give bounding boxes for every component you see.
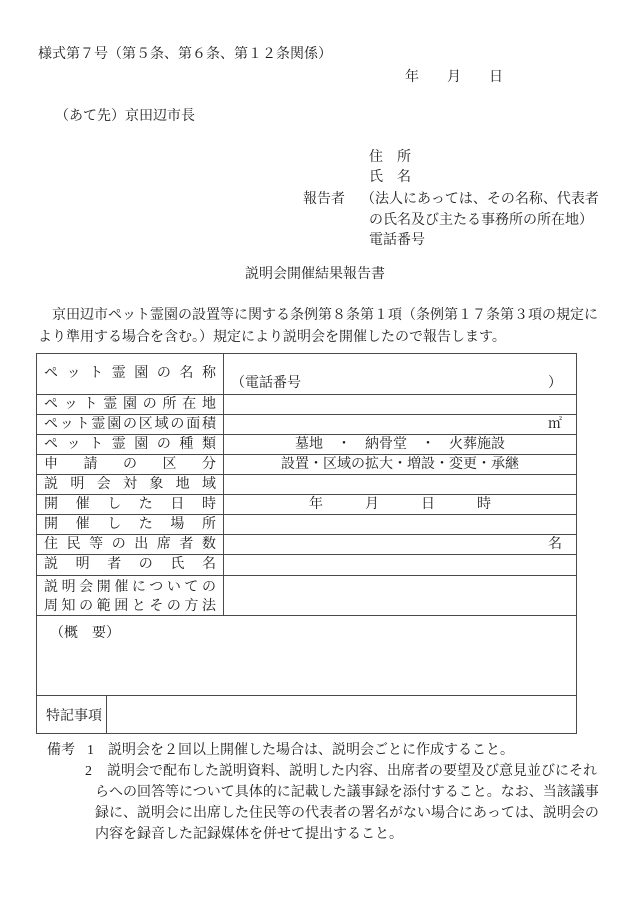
row-category-label: 申請の区分 [37, 455, 224, 474]
table-row-special: 特記事項 [37, 696, 576, 733]
table-row-attendees: 住民等の出席者数 名 [37, 535, 576, 555]
table-row-presenter: 説明者の氏名 [37, 555, 576, 576]
table-row-summary: （概 要） [37, 616, 576, 696]
row-place-value [224, 515, 576, 534]
table-row-target-area: 説明会対象地域 [37, 475, 576, 495]
row-presenter-label: 説明者の氏名 [37, 555, 224, 575]
row-special-label: 特記事項 [37, 696, 107, 733]
phone-number-line: （電話番号 ） [224, 374, 576, 393]
row-name-value: （電話番号 ） [224, 354, 576, 394]
table-row-category: 申請の区分 設置・区域の拡大・増設・変更・承継 [37, 455, 576, 475]
form-document-page: 様式第７号（第５条、第６条、第１２条関係） 年 月 日 （あて先）京田辺市長 住… [0, 0, 630, 903]
reporter-corp-note-line1: （法人にあっては、その名称、代表者 [361, 190, 599, 210]
reporter-address-label: 住 所 [369, 148, 411, 168]
reporter-phone-label: 電話番号 [369, 231, 425, 251]
table-row-location: ペット霊園の所在地 [37, 395, 576, 415]
note-item1-text: 説明会を２回以上開催した場合は、説明会ごとに作成すること。 [108, 740, 514, 761]
intro-paragraph: 京田辺市ペット霊園の設置等に関する条例第８条第１項（条例第１７条第３項の規定によ… [38, 305, 606, 348]
table-row-name: ペット霊園の名称 （電話番号 ） [37, 354, 576, 395]
row-type-label: ペット霊園の種類 [37, 435, 224, 454]
table-row-place: 開催した場所 [37, 515, 576, 535]
table-row-datetime: 開催した日時 年 月 日 時 [37, 495, 576, 515]
phone-close-paren: ） [548, 374, 562, 393]
row-attendees-label: 住民等の出席者数 [37, 535, 224, 554]
addressee: （あて先）京田辺市長 [55, 107, 195, 127]
row-presenter-value [224, 555, 576, 575]
date-line: 年 月 日 [405, 68, 503, 88]
row-location-label: ペット霊園の所在地 [37, 395, 224, 414]
row-datetime-value: 年 月 日 時 [224, 495, 576, 514]
row-datetime-label: 開催した日時 [37, 495, 224, 514]
row-publicity-label-line1: 説明会開催についての [44, 578, 216, 597]
row-special-value [107, 696, 576, 733]
reporter-name-label: 氏 名 [369, 168, 411, 188]
row-location-value [224, 395, 576, 414]
row-area-label: ペット霊園の区域の面積 [37, 415, 224, 434]
row-target-area-label: 説明会対象地域 [37, 475, 224, 494]
table-row-area: ペット霊園の区域の面積 ㎡ [37, 415, 576, 435]
note-item2-text: 説明会で配布した説明資料、説明した内容、出席者の要望及び意見並びにそれらへの回答… [95, 761, 607, 845]
row-area-unit: ㎡ [224, 415, 576, 434]
report-table: ペット霊園の名称 （電話番号 ） ペット霊園の所在地 ペット霊園の区域の面積 ㎡… [36, 353, 577, 734]
row-name-label: ペット霊園の名称 [37, 354, 224, 394]
notes-label: 備考 [47, 740, 75, 761]
row-place-label: 開催した場所 [37, 515, 224, 534]
note-item2-number: 2 [85, 761, 92, 782]
row-publicity-value [224, 576, 576, 615]
table-row-type: ペット霊園の種類 墓地 ・ 納骨堂 ・ 火葬施設 [37, 435, 576, 455]
document-title: 説明会開催結果報告書 [0, 265, 630, 285]
reporter-label: 報告者 [303, 190, 345, 210]
note-item1-number: 1 [87, 740, 94, 761]
row-category-value: 設置・区域の拡大・増設・変更・承継 [224, 455, 576, 474]
row-publicity-label-line2: 周知の範囲とその方法 [44, 597, 216, 615]
row-attendees-unit: 名 [224, 535, 576, 554]
row-summary-label: （概 要） [37, 616, 576, 695]
row-type-value: 墓地 ・ 納骨堂 ・ 火葬施設 [224, 435, 576, 454]
row-publicity-label: 説明会開催についての 周知の範囲とその方法 [37, 576, 224, 615]
phone-open-label: （電話番号 [231, 374, 301, 393]
reporter-corp-note-line2: の氏名及び主たる事務所の所在地） [369, 211, 593, 231]
form-number: 様式第７号（第５条、第６条、第１２条関係） [38, 45, 332, 65]
row-target-area-value [224, 475, 576, 494]
table-row-publicity: 説明会開催についての 周知の範囲とその方法 [37, 576, 576, 616]
